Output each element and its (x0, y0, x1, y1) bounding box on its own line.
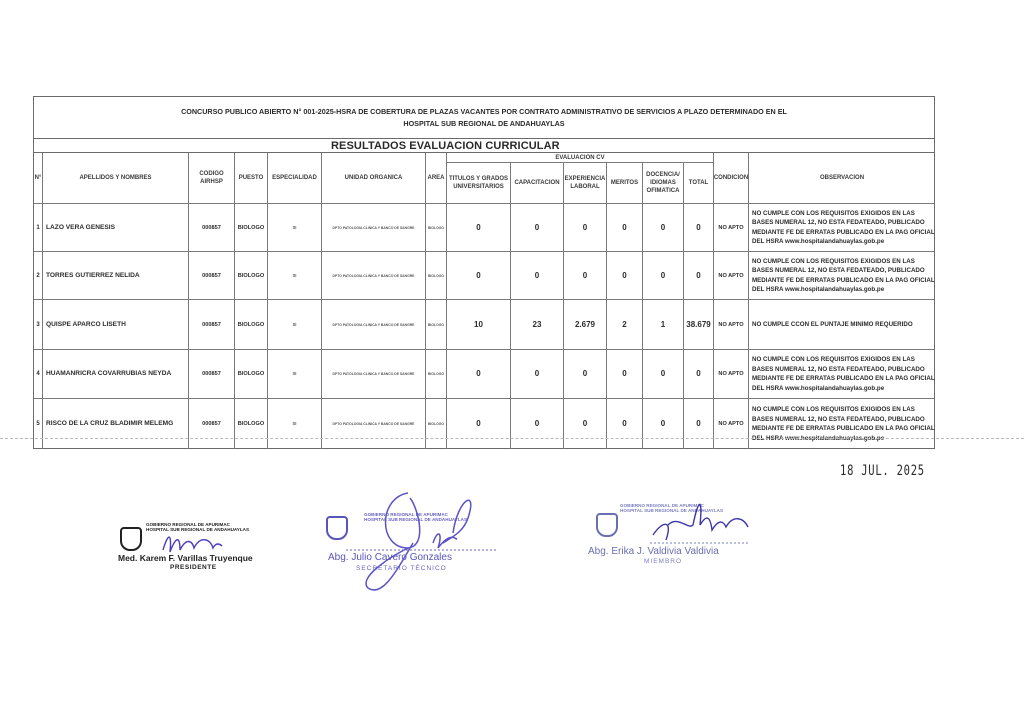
row-3-observation-text: NO CUMPLE CCON EL PUNTAJE MINIMO REQUERI… (752, 320, 913, 330)
row-4-post-text: BIOLOGO (238, 370, 264, 378)
row-4-total-text: 0 (696, 370, 700, 378)
row-3-post: BIOLOGO (235, 300, 268, 350)
row-4-area-text: BIOLOGO (428, 370, 444, 378)
row-5-training-text: 0 (535, 420, 539, 428)
row-4-condition: NO APTO (714, 350, 749, 399)
row-3-post-text: BIOLOGO (238, 321, 264, 329)
title-line-1: CONCURSO PUBLICO ABIERTO N° 001-2025-HSR… (34, 106, 934, 118)
row-5-merits-text: 0 (622, 420, 626, 428)
column-header-code-text: CODIGO AIRHSP (189, 170, 234, 186)
handwritten-signature-icon (648, 495, 758, 550)
row-2-unit-text: DPTO PATOLOGIA CLINICA Y BANCO DE SANGRE (333, 272, 415, 280)
row-3-total: 38.679 (684, 300, 714, 350)
signer-name: Med. Karem F. Varillas Truyenque (118, 553, 253, 564)
row-2-post: BIOLOGO (235, 252, 268, 300)
row-3-teaching-text: 1 (661, 321, 665, 329)
row-1-training: 0 (511, 204, 564, 252)
handwritten-signature-icon (338, 488, 498, 598)
row-5-name-text: RISCO DE LA CRUZ BLADIMIR MELEMG (46, 420, 173, 428)
row-2-degrees: 0 (447, 252, 511, 300)
shield-seal-icon (596, 513, 618, 537)
row-3-unit: DPTO PATOLOGIA CLINICA Y BANCO DE SANGRE (322, 300, 426, 350)
row-4-observation: NO CUMPLE CON LOS REQUISITOS EXIGIDOS EN… (749, 350, 935, 399)
row-2-experience: 0 (564, 252, 607, 300)
row-4-name-text: HUAMANRICRA COVARRUBIAS NEYDA (46, 370, 171, 378)
row-4-unit: DPTO PATOLOGIA CLINICA Y BANCO DE SANGRE (322, 350, 426, 399)
row-4-observation-text: NO CUMPLE CON LOS REQUISITOS EXIGIDOS EN… (752, 355, 935, 393)
row-5-num: 5 (34, 399, 43, 449)
column-header-post-text: PUESTO (239, 174, 264, 182)
row-1-merits-text: 0 (622, 224, 626, 232)
row-4-merits: 0 (607, 350, 643, 399)
row-1-total-text: 0 (696, 224, 700, 232)
row-2-training-text: 0 (535, 272, 539, 280)
row-1-code-text: 000857 (202, 224, 221, 232)
row-4-degrees: 0 (447, 350, 511, 399)
signature-secretary: GOBIERNO REGIONAL DE APURIMAC HOSPITAL S… (318, 488, 508, 598)
column-header-observation-text: OBSERVACION (820, 174, 864, 182)
row-4-specialty: SI (268, 350, 322, 399)
row-5-total: 0 (684, 399, 714, 449)
row-3-num-text: 3 (36, 321, 39, 329)
row-5-condition-text: NO APTO (718, 420, 743, 428)
row-4-code: 000857 (189, 350, 235, 399)
signature-member: GOBIERNO REGIONAL DE APURIMAC HOSPITAL S… (588, 495, 768, 570)
row-4-experience: 0 (564, 350, 607, 399)
row-2-code-text: 000857 (202, 272, 221, 280)
column-header-merits: MERITOS (607, 163, 643, 204)
column-header-condition: CONDICION (714, 153, 749, 204)
row-1-specialty-text: SI (293, 224, 297, 232)
row-1-area: BIOLOGO (426, 204, 447, 252)
column-header-teaching: DOCENCIA/ IDIOMAS OFIMATICA (643, 163, 684, 204)
row-5-observation: NO CUMPLE CON LOS REQUISITOS EXIGIDOS EN… (749, 399, 935, 449)
column-header-degrees: TITULOS Y GRADOS UNIVERSITARIOS (447, 163, 511, 204)
document-title: CONCURSO PUBLICO ABIERTO N° 001-2025-HSR… (34, 97, 934, 139)
row-1-experience-text: 0 (583, 224, 587, 232)
row-1-unit-text: DPTO PATOLOGIA CLINICA Y BANCO DE SANGRE (333, 224, 415, 232)
row-2-specialty-text: SI (293, 272, 297, 280)
row-3-condition-text: NO APTO (718, 321, 743, 329)
row-4-merits-text: 0 (622, 370, 626, 378)
row-1-observation-text: NO CUMPLE CON LOS REQUISITOS EXIGIDOS EN… (752, 209, 935, 247)
row-3-name-text: QUISPE APARCO LISETH (46, 321, 126, 329)
row-5-merits: 0 (607, 399, 643, 449)
row-4-total: 0 (684, 350, 714, 399)
signature-president: GOBIERNO REGIONAL DE APURIMAC HOSPITAL S… (118, 522, 278, 582)
row-2-post-text: BIOLOGO (238, 272, 264, 280)
row-2-specialty: SI (268, 252, 322, 300)
row-3-num: 3 (34, 300, 43, 350)
column-header-area: AREA (426, 153, 447, 204)
row-2-degrees-text: 0 (476, 272, 480, 280)
signer-role: PRESIDENTE (170, 564, 217, 571)
signer-role: MIEMBRO (644, 558, 682, 565)
row-2-area: BIOLOGO (426, 252, 447, 300)
row-1-name-text: LAZO VERA GENESIS (46, 224, 115, 232)
title-line-2: HOSPITAL SUB REGIONAL DE ANDAHUAYLAS (34, 118, 934, 130)
row-2-condition: NO APTO (714, 252, 749, 300)
results-heading-row: RESULTADOS EVALUACION CURRICULAR (34, 139, 934, 153)
row-2-name: TORRES GUTIERREZ NELIDA (43, 252, 189, 300)
row-3-total-text: 38.679 (686, 321, 710, 329)
row-1-specialty: SI (268, 204, 322, 252)
column-group-evaluacion-cv-text: EVALUACION CV (555, 154, 604, 162)
row-2-condition-text: NO APTO (718, 272, 743, 280)
row-2-teaching-text: 0 (661, 272, 665, 280)
row-1-unit: DPTO PATOLOGIA CLINICA Y BANCO DE SANGRE (322, 204, 426, 252)
column-header-training: CAPACITACION (511, 163, 564, 204)
column-group-evaluacion-cv: EVALUACION CV (447, 153, 714, 163)
row-4-num: 4 (34, 350, 43, 399)
column-header-unit-text: UNIDAD ORGANICA (345, 174, 403, 182)
row-3-unit-text: DPTO PATOLOGIA CLINICA Y BANCO DE SANGRE (333, 321, 415, 329)
row-1-code: 000857 (189, 204, 235, 252)
row-2-observation-text: NO CUMPLE CON LOS REQUISITOS EXIGIDOS EN… (752, 257, 935, 295)
column-header-experience: EXPERIENCIA LABORAL (564, 163, 607, 204)
row-4-teaching: 0 (643, 350, 684, 399)
column-header-unit: UNIDAD ORGANICA (322, 153, 426, 204)
row-2-name-text: TORRES GUTIERREZ NELIDA (46, 272, 140, 280)
row-2-observation: NO CUMPLE CON LOS REQUISITOS EXIGIDOS EN… (749, 252, 935, 300)
column-header-post: PUESTO (235, 153, 268, 204)
column-header-training-text: CAPACITACION (514, 179, 559, 187)
signer-name: Abg. Julio Cavero Gonzales (328, 552, 452, 563)
row-5-specialty: SI (268, 399, 322, 449)
row-5-specialty-text: SI (293, 420, 297, 428)
row-4-post: BIOLOGO (235, 350, 268, 399)
row-5-training: 0 (511, 399, 564, 449)
row-5-degrees: 0 (447, 399, 511, 449)
row-3-experience-text: 2.679 (575, 321, 595, 329)
row-5-unit: DPTO PATOLOGIA CLINICA Y BANCO DE SANGRE (322, 399, 426, 449)
row-4-teaching-text: 0 (661, 370, 665, 378)
row-2-experience-text: 0 (583, 272, 587, 280)
column-header-condition-text: CONDICION (714, 174, 748, 182)
row-1-experience: 0 (564, 204, 607, 252)
row-1-total: 0 (684, 204, 714, 252)
row-5-code-text: 000857 (202, 420, 221, 428)
row-5-teaching: 0 (643, 399, 684, 449)
column-header-total-text: TOTAL (689, 179, 708, 187)
row-3-experience: 2.679 (564, 300, 607, 350)
row-2-code: 000857 (189, 252, 235, 300)
row-1-name: LAZO VERA GENESIS (43, 204, 189, 252)
row-3-condition: NO APTO (714, 300, 749, 350)
row-1-teaching-text: 0 (661, 224, 665, 232)
column-header-teaching-text: DOCENCIA/ IDIOMAS OFIMATICA (643, 171, 683, 195)
column-header-experience-text: EXPERIENCIA LABORAL (564, 175, 606, 191)
results-table: CONCURSO PUBLICO ABIERTO N° 001-2025-HSR… (33, 96, 935, 449)
row-1-condition: NO APTO (714, 204, 749, 252)
column-header-merits-text: MERITOS (611, 179, 638, 187)
column-header-num-text: N° (35, 174, 42, 182)
row-4-experience-text: 0 (583, 370, 587, 378)
row-1-area-text: BIOLOGO (428, 224, 444, 232)
row-3-training-text: 23 (533, 321, 542, 329)
row-5-condition: NO APTO (714, 399, 749, 449)
row-3-specialty-text: SI (293, 321, 297, 329)
row-3-area-text: BIOLOGO (428, 321, 444, 329)
row-4-specialty-text: SI (293, 370, 297, 378)
row-4-condition-text: NO APTO (718, 370, 743, 378)
row-1-teaching: 0 (643, 204, 684, 252)
row-3-merits: 2 (607, 300, 643, 350)
row-3-degrees-text: 10 (474, 321, 483, 329)
row-1-merits: 0 (607, 204, 643, 252)
column-header-area-text: AREA (427, 174, 444, 182)
date-stamp: 18 JUL. 2025 (840, 463, 925, 479)
column-header-specialty-text: ESPECIALIDAD (272, 174, 317, 182)
row-2-area-text: BIOLOGO (428, 272, 444, 280)
column-header-specialty: ESPECIALIDAD (268, 153, 322, 204)
row-3-code-text: 000857 (202, 321, 221, 329)
row-3-name: QUISPE APARCO LISETH (43, 300, 189, 350)
row-5-post-text: BIOLOGO (238, 420, 264, 428)
fold-line (0, 438, 1024, 439)
row-4-area: BIOLOGO (426, 350, 447, 399)
row-1-num-text: 1 (36, 224, 39, 232)
row-4-code-text: 000857 (202, 370, 221, 378)
row-4-unit-text: DPTO PATOLOGIA CLINICA Y BANCO DE SANGRE (333, 370, 415, 378)
row-2-unit: DPTO PATOLOGIA CLINICA Y BANCO DE SANGRE (322, 252, 426, 300)
results-title: RESULTADOS EVALUACION CURRICULAR (331, 139, 560, 153)
row-1-post-text: BIOLOGO (238, 224, 264, 232)
row-2-num-text: 2 (36, 272, 39, 280)
column-header-observation: OBSERVACION (749, 153, 935, 204)
row-5-total-text: 0 (696, 420, 700, 428)
row-2-total-text: 0 (696, 272, 700, 280)
row-2-teaching: 0 (643, 252, 684, 300)
row-5-post: BIOLOGO (235, 399, 268, 449)
column-header-name-text: APELLIDOS Y NOMBRES (79, 174, 151, 182)
row-1-observation: NO CUMPLE CON LOS REQUISITOS EXIGIDOS EN… (749, 204, 935, 252)
column-header-num: N° (34, 153, 43, 204)
signer-name: Abg. Erika J. Valdivia Valdivia (588, 546, 719, 557)
row-5-unit-text: DPTO PATOLOGIA CLINICA Y BANCO DE SANGRE (333, 420, 415, 428)
column-header-code: CODIGO AIRHSP (189, 153, 235, 204)
row-2-total: 0 (684, 252, 714, 300)
row-1-post: BIOLOGO (235, 204, 268, 252)
row-5-num-text: 5 (36, 420, 39, 428)
row-5-experience: 0 (564, 399, 607, 449)
row-2-training: 0 (511, 252, 564, 300)
row-1-degrees-text: 0 (476, 224, 480, 232)
signer-role: SECRETARIO TÉCNICO (356, 565, 447, 572)
row-3-degrees: 10 (447, 300, 511, 350)
row-4-degrees-text: 0 (476, 370, 480, 378)
row-1-num: 1 (34, 204, 43, 252)
row-5-code: 000857 (189, 399, 235, 449)
row-2-merits-text: 0 (622, 272, 626, 280)
row-5-area-text: BIOLOGO (428, 420, 444, 428)
shield-seal-icon (120, 527, 142, 551)
column-header-total: TOTAL (684, 163, 714, 204)
row-3-code: 000857 (189, 300, 235, 350)
row-5-name: RISCO DE LA CRUZ BLADIMIR MELEMG (43, 399, 189, 449)
row-1-degrees: 0 (447, 204, 511, 252)
row-1-training-text: 0 (535, 224, 539, 232)
column-header-degrees-text: TITULOS Y GRADOS UNIVERSITARIOS (447, 175, 510, 191)
row-4-training-text: 0 (535, 370, 539, 378)
row-2-merits: 0 (607, 252, 643, 300)
row-3-merits-text: 2 (622, 321, 626, 329)
row-2-num: 2 (34, 252, 43, 300)
row-3-training: 23 (511, 300, 564, 350)
row-5-area: BIOLOGO (426, 399, 447, 449)
row-5-degrees-text: 0 (476, 420, 480, 428)
row-5-experience-text: 0 (583, 420, 587, 428)
row-3-teaching: 1 (643, 300, 684, 350)
row-3-observation: NO CUMPLE CCON EL PUNTAJE MINIMO REQUERI… (749, 300, 935, 350)
row-3-area: BIOLOGO (426, 300, 447, 350)
row-4-training: 0 (511, 350, 564, 399)
row-1-condition-text: NO APTO (718, 224, 743, 232)
row-4-num-text: 4 (36, 370, 39, 378)
row-3-specialty: SI (268, 300, 322, 350)
row-5-teaching-text: 0 (661, 420, 665, 428)
row-4-name: HUAMANRICRA COVARRUBIAS NEYDA (43, 350, 189, 399)
column-header-name: APELLIDOS Y NOMBRES (43, 153, 189, 204)
